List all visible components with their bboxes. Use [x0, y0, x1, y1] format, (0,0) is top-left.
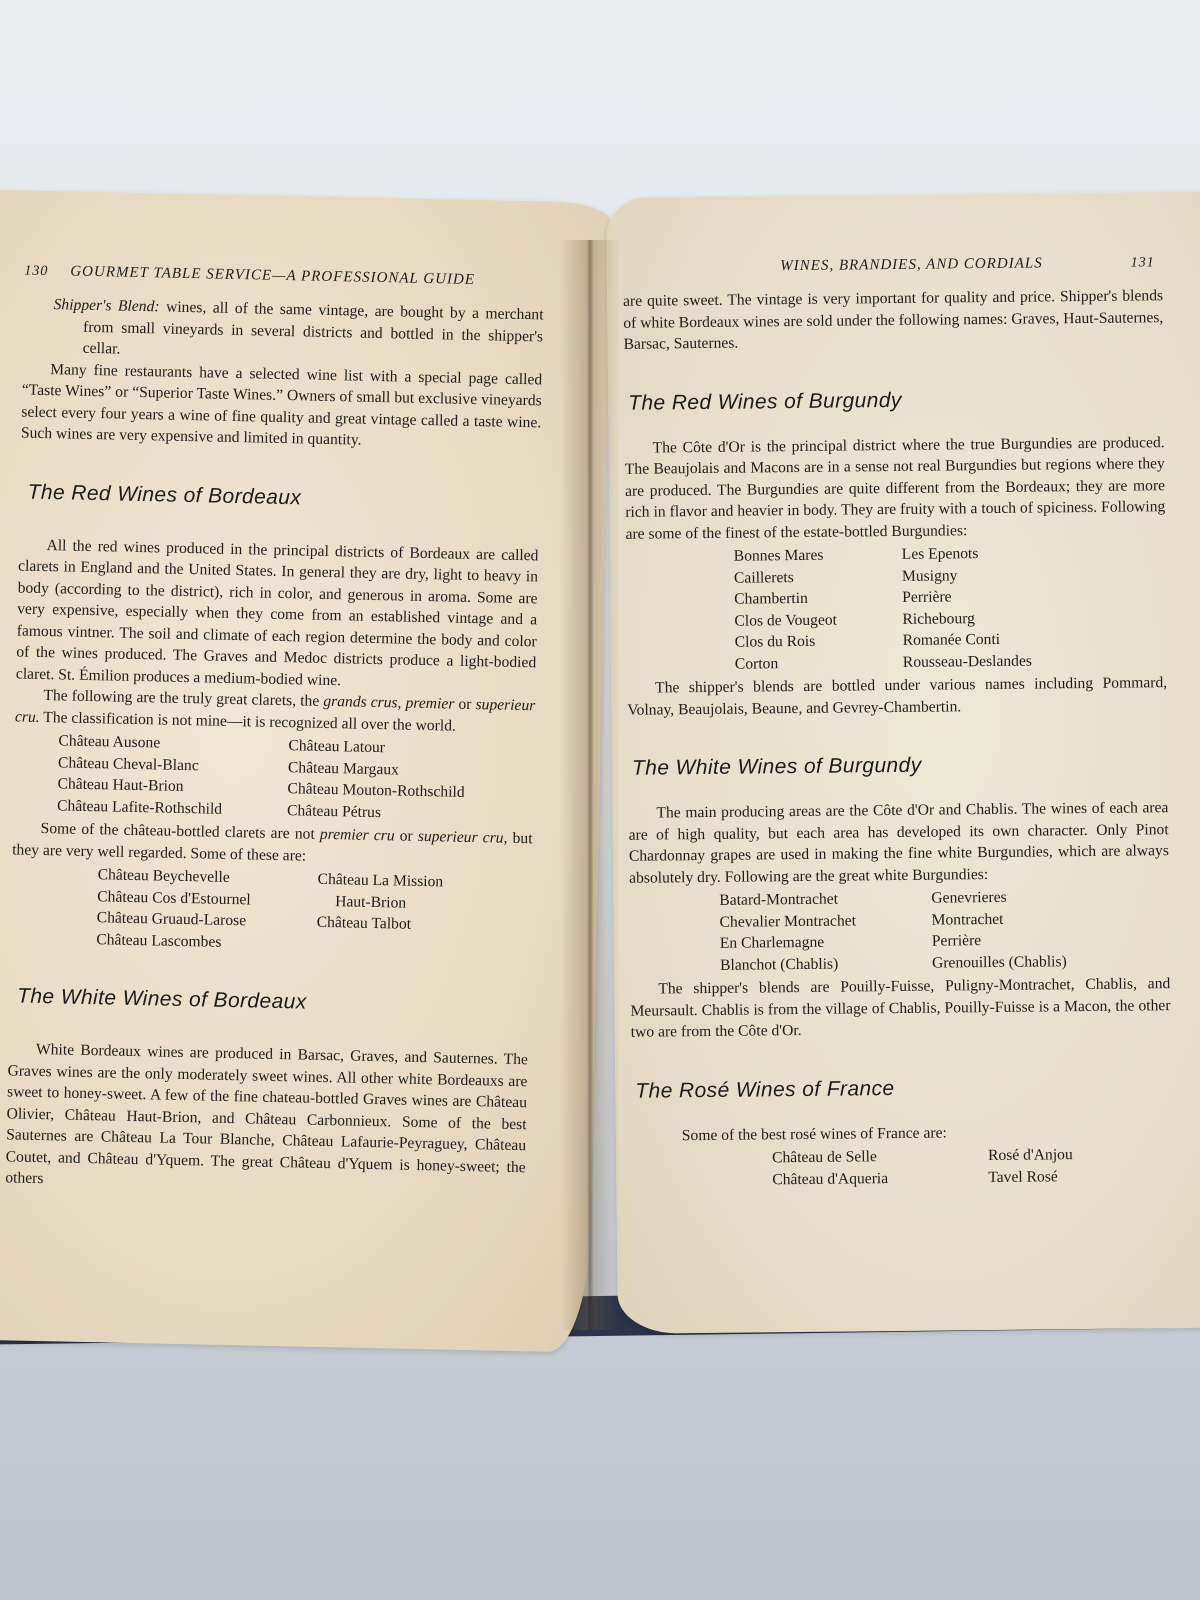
running-head-title: GOURMET TABLE SERVICE—A PROFESSIONAL GUI…	[70, 263, 475, 288]
wine-list-great-clarets: Château Ausone Château Cheval-Blanc Chât…	[13, 729, 535, 826]
wine-list-column: Les Epenots Musigny Perrière Richebourg …	[902, 541, 1163, 673]
wine-list-column: Bonnes Mares Caillerets Chambertin Clos …	[734, 544, 903, 675]
wine-list-column: Château Latour Château Margaux Château M…	[287, 735, 529, 826]
emphasis: superieur cru,	[418, 828, 508, 847]
wine-name: Château Lafite-Rothschild	[57, 795, 287, 821]
wine-list-red-burgundy: Bonnes Mares Caillerets Chambertin Clos …	[626, 541, 1167, 676]
wine-list-rose: Château de Selle Château d'Aqueria Rosé …	[632, 1143, 1172, 1192]
text-run: or	[454, 696, 476, 713]
paragraph: The shipper's blends are bottled under v…	[627, 672, 1167, 721]
paragraph: The Côte d'Or is the principal district …	[625, 432, 1166, 545]
open-book: 130 GOURMET TABLE SERVICE—A PROFESSIONAL…	[0, 0, 1200, 1600]
wine-name: Tavel Rosé	[988, 1164, 1188, 1188]
wine-name: Caillerets	[734, 565, 902, 588]
wine-list-column: Château de Selle Château d'Aqueria	[772, 1145, 988, 1190]
wine-list-column: Château La Mission Haut-Brion Château Ta…	[316, 869, 558, 960]
paragraph: White Bordeaux wines are produced in Bar…	[5, 1038, 528, 1199]
wine-name: Perrière	[932, 928, 1192, 952]
right-running-head: WINES, BRANDIES, AND CORDIALS 131	[623, 254, 1163, 277]
wine-list-column: Genevrieres Montrachet Perrière Grenouil…	[931, 885, 1192, 974]
continuation-paragraph: are quite sweet. The vintage is very imp…	[623, 285, 1164, 355]
paragraph: Some of the best rosé wines of France ar…	[632, 1120, 1172, 1147]
emphasis: premier cru	[320, 826, 395, 845]
section-heading: The Rosé Wines of France	[635, 1074, 1171, 1104]
section-heading: The White Wines of Bordeaux	[17, 985, 529, 1020]
wine-list-column: Batard-Montrachet Chevalier Montrachet E…	[719, 888, 932, 976]
running-head-title: WINES, BRANDIES, AND CORDIALS	[780, 255, 1043, 275]
wine-name: Rosé d'Anjou	[988, 1143, 1188, 1167]
wine-name: Château d'Aqueria	[772, 1167, 988, 1191]
wine-name: Grenouilles (Chablis)	[932, 949, 1192, 973]
wine-list-column: Château Ausone Château Cheval-Blanc Chât…	[57, 730, 289, 821]
text-run: The following are the truly great claret…	[43, 687, 323, 710]
left-page: 130 GOURMET TABLE SERVICE—A PROFESSIONAL…	[0, 190, 612, 1353]
wine-name: Corton	[735, 651, 903, 674]
wine-name: Château Talbot	[317, 912, 557, 939]
right-page: WINES, BRANDIES, AND CORDIALS 131 are qu…	[606, 192, 1200, 1334]
left-running-head: 130 GOURMET TABLE SERVICE—A PROFESSIONAL…	[24, 263, 544, 291]
text-run: or	[394, 827, 418, 844]
emphasis: grands crus, premier	[323, 693, 454, 713]
wine-name: Clos du Rois	[735, 630, 903, 653]
wine-name: Blanchot (Chablis)	[720, 952, 932, 976]
paragraph: All the red wines produced in the princi…	[16, 534, 539, 695]
wine-list-column: Château Beychevelle Château Cos d'Estour…	[96, 864, 318, 955]
taste-wines-paragraph: Many fine restaurants have a selected wi…	[21, 358, 543, 455]
section-heading: The Red Wines of Burgundy	[628, 386, 1164, 416]
wine-name: Batard-Montrachet	[719, 888, 931, 912]
section-heading: The White Wines of Burgundy	[632, 751, 1168, 781]
wine-name: En Charlemagne	[720, 931, 932, 955]
wine-name: Richebourg	[902, 606, 1162, 630]
page-number: 131	[1131, 255, 1155, 271]
wine-name: Perrière	[902, 584, 1162, 608]
wine-name: Genevrieres	[931, 885, 1191, 909]
wine-name: Musigny	[902, 563, 1162, 587]
wine-name: Rousseau-Deslandes	[903, 649, 1163, 673]
left-page-content: 130 GOURMET TABLE SERVICE—A PROFESSIONAL…	[5, 263, 544, 1200]
paragraph: The main producing areas are the Côte d'…	[628, 797, 1169, 889]
paragraph: The shipper's blends are Pouilly-Fuisse,…	[630, 973, 1171, 1043]
wine-list-column: Rosé d'Anjou Tavel Rosé	[988, 1143, 1188, 1188]
wine-name: Château Lascombes	[96, 929, 316, 955]
section-heading: The Red Wines of Bordeaux	[27, 480, 539, 515]
wine-list-regarded-clarets: Château Beychevelle Château Cos d'Estour…	[10, 862, 532, 959]
wine-name: Clos de Vougeot	[734, 608, 902, 631]
wine-name: Château Pétrus	[287, 800, 527, 827]
wine-name: Romanée Conti	[903, 627, 1163, 651]
text-run: Some of the château-bottled clarets are …	[40, 820, 320, 843]
wine-name: Les Epenots	[902, 541, 1162, 565]
wine-name: Chevalier Montrachet	[719, 909, 931, 933]
wine-name: Chambertin	[734, 587, 902, 610]
shipper-blend-definition: Shipper's Blend: wines, all of the same …	[22, 294, 543, 369]
definition-term: Shipper's Blend:	[53, 296, 159, 315]
wine-name: Château de Selle	[772, 1145, 988, 1169]
wine-list-white-burgundy: Batard-Montrachet Chevalier Montrachet E…	[629, 885, 1170, 977]
page-number: 130	[24, 264, 48, 280]
wine-name: Montrachet	[931, 906, 1191, 930]
wine-name: Bonnes Mares	[734, 544, 902, 567]
right-page-content: WINES, BRANDIES, AND CORDIALS 131 are qu…	[623, 254, 1173, 1194]
